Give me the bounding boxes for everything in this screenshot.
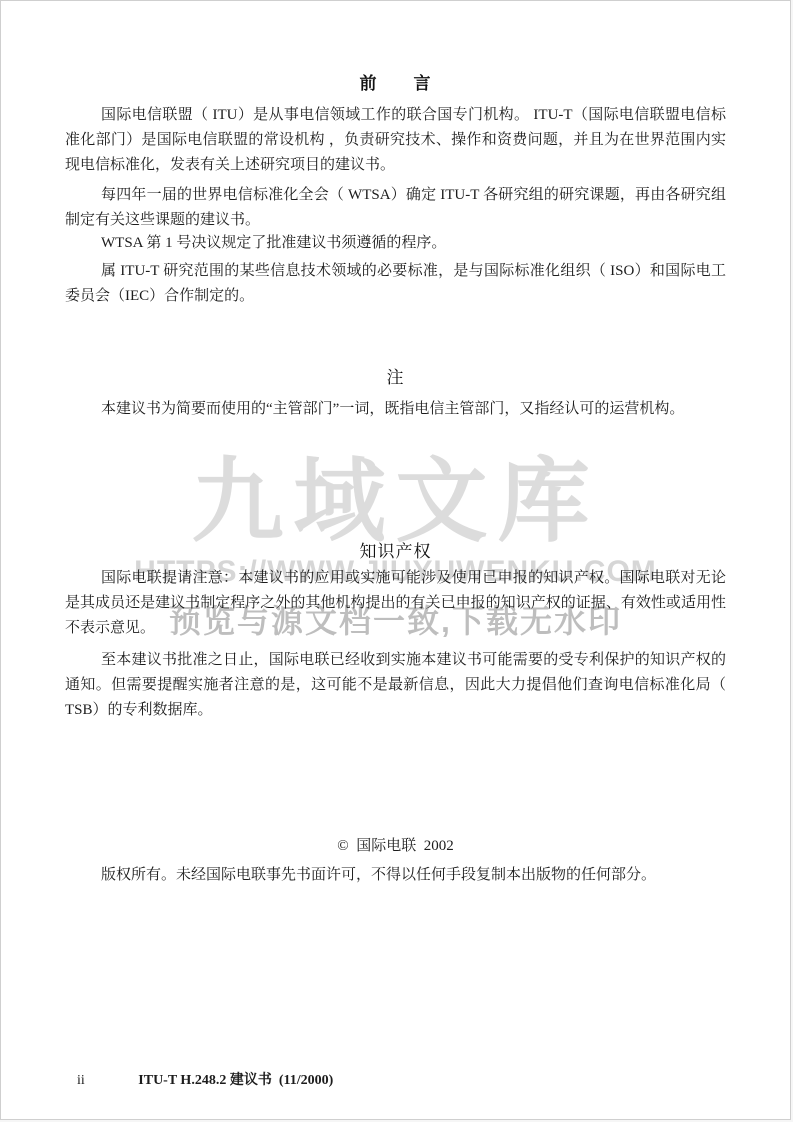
watermark-brand: 九域文库 xyxy=(1,456,790,548)
page-footer: ii ITU-T H.248.2 建议书 (11/2000) xyxy=(65,1069,726,1089)
ipr-paragraph-2: 至本建议书批准之日止，国际电联已经收到实施本建议书可能需要的受专利保护的知识产权… xyxy=(65,648,726,723)
note-paragraph: 本建议书为简要而使用的“主管部门”一词，既指电信主管部门，又指经认可的运营机构。 xyxy=(65,397,726,422)
footer-doc-reference: ITU-T H.248.2 建议书 (11/2000) xyxy=(138,1069,333,1089)
foreword-paragraph-2: 每四年一届的世界电信标准化全会（ WTSA）确定 ITU-T 各研究组的研究课题… xyxy=(65,183,726,233)
copyright-notice: 版权所有。未经国际电联事先书面许可，不得以任何手段复制本出版物的任何部分。 xyxy=(65,863,726,888)
copyright-line: © 国际电联 2002 xyxy=(65,834,726,855)
footer-page-number: ii xyxy=(77,1073,85,1089)
ipr-title: 知识产权 xyxy=(65,537,726,562)
foreword-paragraph-4: 属 ITU-T 研究范围的某些信息技术领域的必要标准，是与国际标准化组织（ IS… xyxy=(65,259,726,309)
note-title: 注 xyxy=(65,363,726,388)
foreword-paragraph-3: WTSA 第 1 号决议规定了批准建议书须遵循的程序。 xyxy=(65,231,726,256)
foreword-title: 前 言 xyxy=(65,69,726,94)
document-page: 九域文库 HTTPS://WWW.JIUYUWENKU.COM 预览与源文档一致… xyxy=(0,0,791,1120)
ipr-paragraph-1: 国际电联提请注意：本建议书的应用或实施可能涉及使用已申报的知识产权。国际电联对无… xyxy=(65,566,726,641)
foreword-paragraph-1: 国际电信联盟（ ITU）是从事电信领域工作的联合国专门机构。 ITU-T（国际电… xyxy=(65,103,726,178)
